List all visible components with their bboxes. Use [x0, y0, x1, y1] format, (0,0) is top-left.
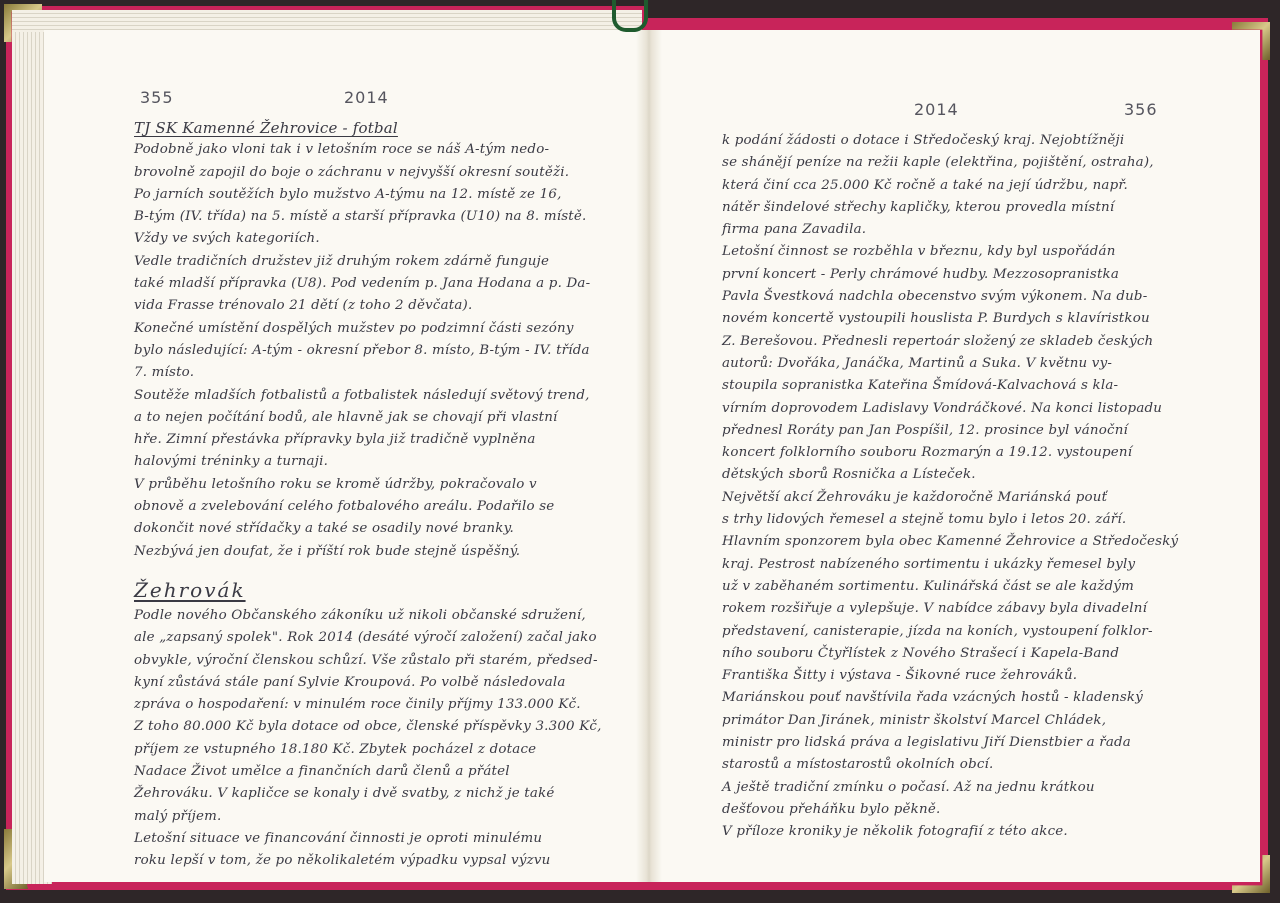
left-page-year: 2014 [344, 88, 389, 107]
handwritten-line: k podání žádosti o dotace i Středočeský … [722, 130, 1178, 152]
handwritten-line: Po jarních soutěžích bylo mužstvo A-týmu… [134, 184, 602, 206]
handwritten-line: se shánějí peníze na režii kaple (elektř… [722, 152, 1178, 174]
handwritten-line: Pavla Švestková nadchla obecenstvo svým … [722, 286, 1178, 308]
handwritten-line: Největší akcí Žehrováku je každoročně Ma… [722, 487, 1178, 509]
handwritten-line: Vždy ve svých kategoriích. [134, 228, 602, 250]
handwritten-line: ního souboru Čtyřlístek z Nového Strašec… [722, 643, 1178, 665]
handwritten-line: bylo následující: A-tým - okresní přebor… [134, 340, 602, 362]
handwritten-line: obnově a zvelebování celého fotbalového … [134, 496, 602, 518]
zehrovak-section-body: Podle nového Občanského zákoníku už niko… [134, 605, 602, 873]
handwritten-line: vírním doprovodem Ladislavy Vondráčkové.… [722, 398, 1178, 420]
handwritten-line: koncert folklorního souboru Rozmarýn a 1… [722, 442, 1178, 464]
handwritten-line: Nezbývá jen doufat, že i příští rok bude… [134, 541, 602, 563]
left-page-number: 355 [140, 88, 174, 107]
handwritten-line: malý příjem. [134, 806, 602, 828]
handwritten-line: Konečné umístění dospělých mužstev po po… [134, 318, 602, 340]
handwritten-line: halovými tréninky a turnaji. [134, 451, 602, 473]
handwritten-line: Letošní situace ve financování činnosti … [134, 828, 602, 850]
handwritten-line: ministr pro lidská práva a legislativu J… [722, 732, 1178, 754]
handwritten-line: hře. Zimní přestávka přípravky byla již … [134, 429, 602, 451]
handwritten-line: dešťovou přeháňku bylo pěkně. [722, 799, 1178, 821]
handwritten-line: firma pana Zavadila. [722, 219, 1178, 241]
handwritten-line: Hlavním sponzorem byla obec Kamenné Žehr… [722, 531, 1178, 553]
section-heading-football: TJ SK Kamenné Žehrovice - fotbal [134, 117, 602, 139]
right-page-text: k podání žádosti o dotace i Středočeský … [722, 130, 1178, 844]
handwritten-line: rokem rozšiřuje a vylepšuje. V nabídce z… [722, 598, 1178, 620]
handwritten-line: představení, canisterapie, jízda na koní… [722, 621, 1178, 643]
handwritten-line: dokončit nové střídačky a také se osadil… [134, 518, 602, 540]
handwritten-line: A ještě tradiční zmínku o počasí. Až na … [722, 777, 1178, 799]
bookmark-ribbon-icon[interactable] [612, 0, 648, 32]
handwritten-line: Z toho 80.000 Kč byla dotace od obce, čl… [134, 716, 602, 738]
handwritten-line: obvykle, výroční členskou schůzí. Vše zů… [134, 650, 602, 672]
right-page-number: 356 [1124, 100, 1158, 119]
handwritten-line: stoupila sopranistka Kateřina Šmídová-Ka… [722, 375, 1178, 397]
book-gutter [636, 30, 662, 882]
handwritten-line: starostů a místostarostů okolních obcí. [722, 754, 1178, 776]
handwritten-line: autorů: Dvořáka, Janáčka, Martinů a Suka… [722, 353, 1178, 375]
handwritten-line: první koncert - Perly chrámové hudby. Me… [722, 264, 1178, 286]
handwritten-line: kraj. Pestrost nabízeného sortimentu i u… [722, 554, 1178, 576]
handwritten-line: V příloze kroniky je několik fotografií … [722, 821, 1178, 843]
handwritten-line: Nadace Život umělce a finančních darů čl… [134, 761, 602, 783]
handwritten-line: která činí cca 25.000 Kč ročně a také na… [722, 175, 1178, 197]
handwritten-line: přednesl Roráty pan Jan Pospíšil, 12. pr… [722, 420, 1178, 442]
handwritten-line: Soutěže mladších fotbalistů a fotbaliste… [134, 385, 602, 407]
handwritten-line: Letošní činnost se rozběhla v březnu, kd… [722, 241, 1178, 263]
handwritten-line: novém koncertě vystoupili houslista P. B… [722, 308, 1178, 330]
page-stack-edge-top [12, 10, 642, 32]
handwritten-line: a to nejen počítání bodů, ale hlavně jak… [134, 407, 602, 429]
handwritten-line: zpráva o hospodaření: v minulém roce čin… [134, 694, 602, 716]
left-page-text: TJ SK Kamenné Žehrovice - fotbal Podobně… [134, 117, 602, 873]
handwritten-line: ale „zapsaný spolek". Rok 2014 (desáté v… [134, 627, 602, 649]
handwritten-line: s trhy lidových řemesel a stejně tomu by… [722, 509, 1178, 531]
handwritten-line: Podobně jako vloni tak i v letošním roce… [134, 139, 602, 161]
handwritten-line: také mladší přípravka (U8). Pod vedením … [134, 273, 602, 295]
football-section-body: Podobně jako vloni tak i v letošním roce… [134, 139, 602, 563]
handwritten-line: V průběhu letošního roku se kromě údržby… [134, 474, 602, 496]
handwritten-line: kyní zůstává stále paní Sylvie Kroupová.… [134, 672, 602, 694]
section-heading-zehrovak: Žehrovák [134, 575, 602, 605]
handwritten-line: roku lepší v tom, že po několikaletém vý… [134, 850, 602, 872]
handwritten-line: už v zaběhaném sortimentu. Kulinářská čá… [722, 576, 1178, 598]
handwritten-line: dětských sborů Rosnička a Lísteček. [722, 464, 1178, 486]
handwritten-line: Vedle tradičních družstev již druhým rok… [134, 251, 602, 273]
handwritten-line: Žehrováku. V kapličce se konaly i dvě sv… [134, 783, 602, 805]
handwritten-line: Z. Berešovou. Přednesli repertoár složen… [722, 331, 1178, 353]
right-page-year: 2014 [914, 100, 959, 119]
handwritten-line: Podle nového Občanského zákoníku už niko… [134, 605, 602, 627]
handwritten-line: vida Frasse trénovalo 21 dětí (z toho 2 … [134, 295, 602, 317]
handwritten-line: B-tým (IV. třída) na 5. místě a starší p… [134, 206, 602, 228]
handwritten-line: Mariánskou pouť navštívila řada vzácných… [722, 687, 1178, 709]
handwritten-line: brovolně zapojil do boje o záchranu v ne… [134, 162, 602, 184]
handwritten-line: nátěr šindelové střechy kapličky, kterou… [722, 197, 1178, 219]
handwritten-line: Františka Šitty i výstava - Šikovné ruce… [722, 665, 1178, 687]
handwritten-line: příjem ze vstupného 18.180 Kč. Zbytek po… [134, 739, 602, 761]
handwritten-line: primátor Dan Jiránek, ministr školství M… [722, 710, 1178, 732]
handwritten-line: 7. místo. [134, 362, 602, 384]
